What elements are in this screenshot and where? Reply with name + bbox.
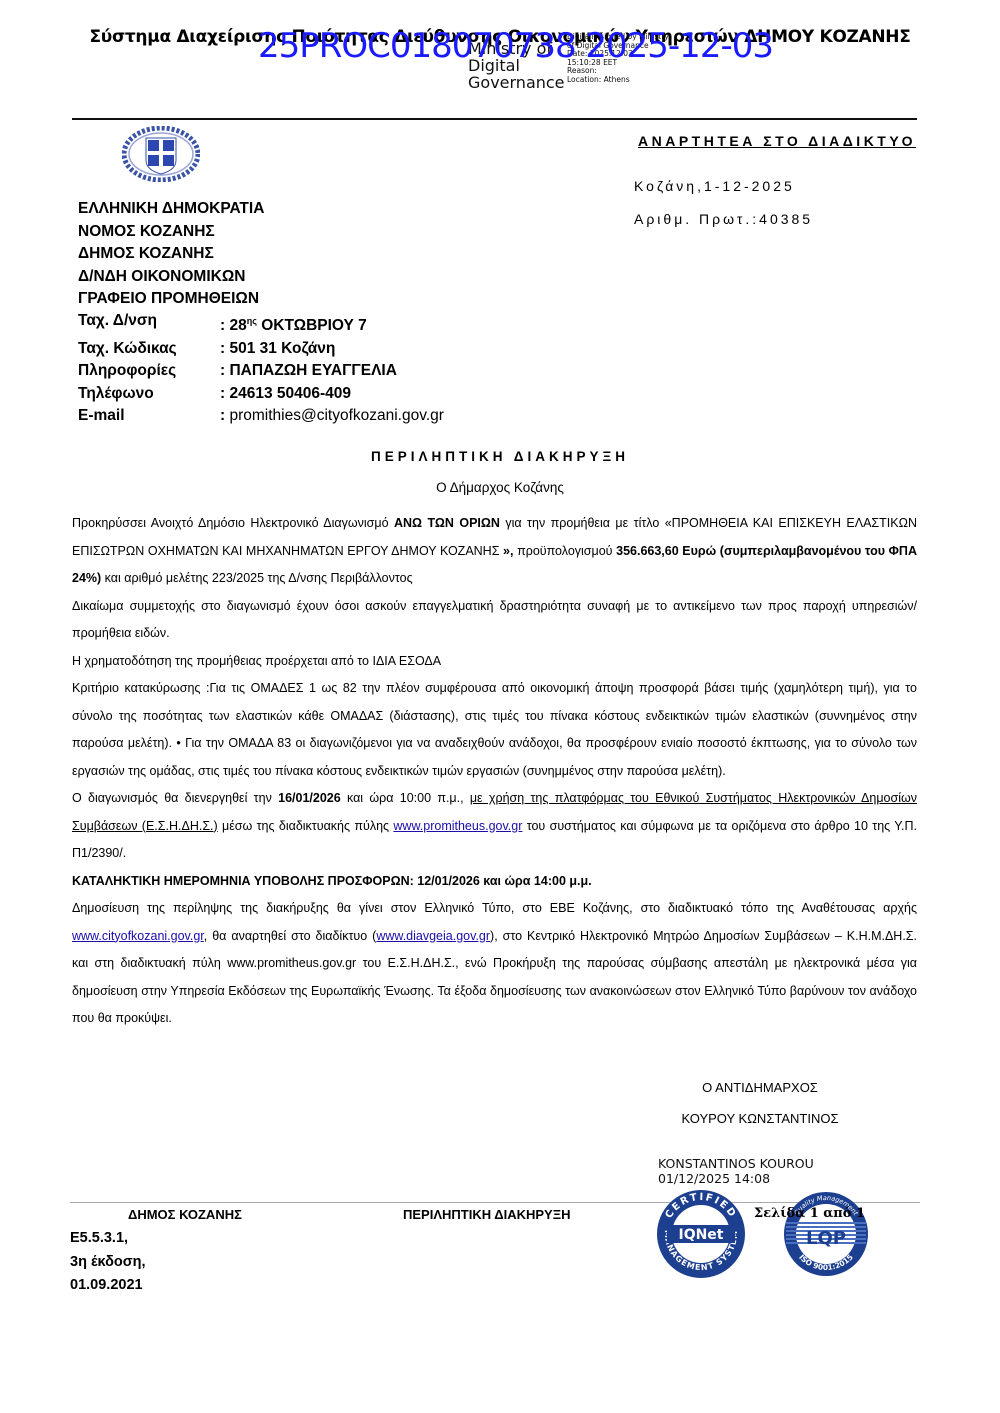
org-line: ΔΗΜΟΣ ΚΟΖΑΝΗΣ bbox=[78, 243, 264, 266]
contact-label: Ταχ. Κώδικας bbox=[78, 338, 220, 361]
organization-block: ΕΛΛΗΝΙΚΗ ΔΗΜΟΚΡΑΤΙΑ ΝΟΜΟΣ ΚΟΖΑΝΗΣ ΔΗΜΟΣ … bbox=[78, 198, 264, 311]
email-address: promithies@cityofkozani.gov.gr bbox=[229, 407, 443, 424]
org-line: ΝΟΜΟΣ ΚΟΖΑΝΗΣ bbox=[78, 221, 264, 244]
document-date: Κοζάνη,1-12-2025 bbox=[634, 178, 795, 194]
lqp-iso-logo-icon: Quality Management ISO 9001:2015 LQP bbox=[782, 1186, 870, 1280]
footer-version: Ε5.5.3.1, 3η έκδοση, 01.09.2021 bbox=[70, 1227, 146, 1298]
contact-value: : 24613 50406-409 bbox=[220, 383, 351, 406]
version-line: 3η έκδοση, bbox=[70, 1251, 146, 1275]
protocol-number: Αριθμ. Πρωτ.:40385 bbox=[634, 211, 813, 227]
diavgeia-link[interactable]: www.diavgeia.gov.gr bbox=[376, 929, 490, 943]
paragraph-eligibility: Δικαίωμα συμμετοχής στο διαγωνισμό έχουν… bbox=[72, 593, 917, 648]
signer-role: Ο ΑΝΤΙΔΗΜΑΡΧΟΣ bbox=[0, 1072, 1000, 1103]
org-line: ΕΛΛΗΝΙΚΗ ΔΗΜΟΚΡΑΤΙΑ bbox=[78, 198, 264, 221]
contact-postcode: Ταχ. Κώδικας : 501 31 Κοζάνη bbox=[78, 338, 444, 361]
promitheus-link[interactable]: www.promitheus.gov.gr bbox=[393, 819, 522, 833]
declaration-title: ΠΕΡΙΛΗΠΤΙΚΗ ΔΙΑΚΗΡΥΞΗ bbox=[0, 449, 1000, 464]
protocol-watermark: 25PROC018070738 2025-12-03 bbox=[258, 26, 773, 66]
paragraph-tender: Προκηρύσσει Ανοιχτό Δημόσιο Ηλεκτρονικό … bbox=[72, 510, 917, 593]
contact-label: E-mail bbox=[78, 405, 220, 428]
footer-doc-title: ΠΕΡΙΛΗΠΤΙΚΗ ΔΙΑΚΗΡΥΞΗ bbox=[403, 1207, 570, 1222]
paragraph-funding: Η χρηματοδότηση της προμήθειας προέρχετα… bbox=[72, 648, 917, 676]
org-line: Δ/ΝΔΗ ΟΙΚΟΝΟΜΙΚΩΝ bbox=[78, 266, 264, 289]
signature-block: Ο ΑΝΤΙΔΗΜΑΡΧΟΣ ΚΟΥΡΟΥ ΚΩΝΣΤΑΝΤΙΝΟΣ bbox=[0, 1072, 1000, 1134]
org-line: ΓΡΑΦΕΙΟ ΠΡΟΜΗΘΕΙΩΝ bbox=[78, 288, 264, 311]
contact-value: : ΠΑΠΑΖΩΗ ΕΥΑΓΓΕΛΙΑ bbox=[220, 360, 397, 383]
declaration-issuer: Ο Δήμαρχος Κοζάνης bbox=[0, 480, 1000, 495]
meta-line: Location: Athens bbox=[567, 76, 669, 85]
contact-address: Ταχ. Δ/νση : 28ης ΟΚΤΩΒΡΙΟΥ 7 bbox=[78, 310, 444, 338]
paragraph-publication: Δημοσίευση της περίληψης της διακήρυξης … bbox=[72, 895, 917, 1033]
declaration-body: Προκηρύσσει Ανοιχτό Δημόσιο Ηλεκτρονικό … bbox=[72, 510, 917, 1033]
svg-text:IQNet: IQNet bbox=[678, 1227, 723, 1243]
contact-label: Ταχ. Δ/νση bbox=[78, 310, 220, 338]
iqnet-certified-logo-icon: CERTIFIED MANAGEMENT SYSTEM IQNet bbox=[655, 1188, 747, 1280]
posting-notice: ΑΝΑΡΤΗΤΕΑ ΣΤΟ ΔΙΑΔΙΚΤΥΟ bbox=[638, 133, 916, 149]
cityofkozani-link[interactable]: www.cityofkozani.gov.gr bbox=[72, 929, 204, 943]
footer-org: ΔΗΜΟΣ ΚΟΖΑΝΗΣ bbox=[128, 1207, 242, 1222]
esign-datetime: 01/12/2025 14:08 bbox=[658, 1171, 814, 1186]
esign-name: KONSTANTINOS KOUROU bbox=[658, 1156, 814, 1171]
contact-info-person: Πληροφορίες : ΠΑΠΑΖΩΗ ΕΥΑΓΓΕΛΙΑ bbox=[78, 360, 444, 383]
version-line: Ε5.5.3.1, bbox=[70, 1227, 146, 1251]
paragraph-criterion: Κριτήριο κατακύρωσης :Για τις ΟΜΑΔΕΣ 1 ω… bbox=[72, 675, 917, 785]
deadline: ΚΑΤΑΛΗΚΤΙΚΗ ΗΜΕΡΟΜΗΝΙΑ ΥΠΟΒΟΛΗΣ ΠΡΟΣΦΟΡΩ… bbox=[72, 868, 917, 896]
greek-emblem-icon bbox=[122, 126, 200, 182]
contact-value: : 28ης ΟΚΤΩΒΡΙΟΥ 7 bbox=[220, 310, 367, 338]
contact-value: : 501 31 Κοζάνη bbox=[220, 338, 335, 361]
contact-phone: Τηλέφωνο : 24613 50406-409 bbox=[78, 383, 444, 406]
electronic-signature: KONSTANTINOS KOUROU 01/12/2025 14:08 bbox=[658, 1156, 814, 1186]
contact-email: E-mail : promithies@cityofkozani.gov.gr bbox=[78, 405, 444, 428]
version-line: 01.09.2021 bbox=[70, 1274, 146, 1298]
contact-block: Ταχ. Δ/νση : 28ης ΟΚΤΩΒΡΙΟΥ 7 Ταχ. Κώδικ… bbox=[78, 310, 444, 428]
signer-name: ΚΟΥΡΟΥ ΚΩΝΣΤΑΝΤΙΝΟΣ bbox=[0, 1103, 1000, 1134]
contact-value: : promithies@cityofkozani.gov.gr bbox=[220, 405, 444, 428]
page-number: Σελίδα 1 από 1 bbox=[754, 1206, 865, 1221]
svg-text:LQP: LQP bbox=[806, 1228, 846, 1249]
paragraph-procedure: Ο διαγωνισμός θα διενεργηθεί την 16/01/2… bbox=[72, 785, 917, 868]
contact-label: Τηλέφωνο bbox=[78, 383, 220, 406]
contact-label: Πληροφορίες bbox=[78, 360, 220, 383]
issuer-line: Governance bbox=[468, 74, 565, 91]
header-divider bbox=[72, 118, 917, 120]
